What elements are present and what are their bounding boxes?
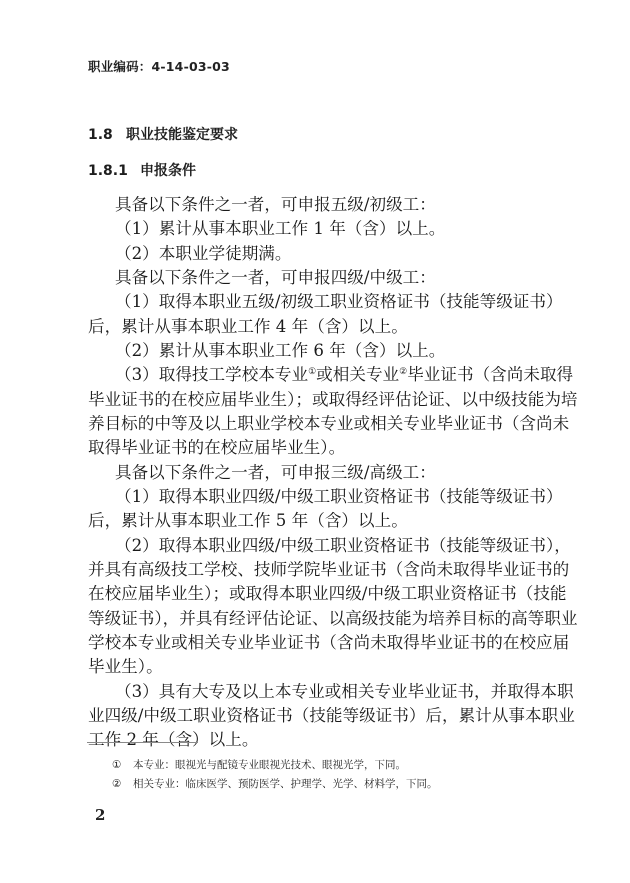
footnote-text: 相关专业：临床医学、预防医学、护理学、光学、材料学，下同。	[133, 778, 438, 790]
paragraph-line: 在校应届毕业生）；或取得本职业四级/中级工职业资格证书（技能	[88, 582, 535, 606]
footnote-divider	[87, 742, 198, 743]
subsection-number: 1.8.1	[88, 163, 140, 179]
footnote-mark: ②	[112, 775, 133, 794]
paragraph-line: （1）取得本职业四级/中级工职业资格证书（技能等级证书）	[88, 485, 535, 509]
section-number: 1.8	[88, 127, 126, 143]
paragraph-line: 学校本专业或相关专业毕业证书（含尚未取得毕业证书的在校应届	[88, 631, 535, 655]
line-segment: （3）取得技工学校本专业	[115, 365, 308, 384]
paragraph-line: （3）具有大专及以上本专业或相关专业毕业证书，并取得本职	[88, 680, 535, 704]
body-text: 具备以下条件之一者，可申报五级/初级工： （1）累计从事本职业工作 1 年（含）…	[88, 193, 535, 753]
footnote-ref-1[interactable]: ①	[308, 367, 316, 377]
paragraph-line: （1）取得本职业五级/初级工职业资格证书（技能等级证书）	[88, 290, 535, 314]
footnote-2: ②相关专业：临床医学、预防医学、护理学、光学、材料学，下同。	[112, 775, 438, 794]
section-title: 职业技能鉴定要求	[126, 127, 238, 143]
paragraph-line: 毕业证书的在校应届毕业生）；或取得经评估论证、以中级技能为培	[88, 388, 535, 412]
occupation-code: 职业编码：4-14-03-03	[88, 57, 230, 75]
paragraph-line: 取得毕业证书的在校应届毕业生）。	[88, 436, 535, 460]
paragraph-line: 毕业生）。	[88, 655, 535, 679]
paragraph-line: （2）取得本职业四级/中级工职业资格证书（技能等级证书），	[88, 534, 535, 558]
section-heading: 1.8职业技能鉴定要求	[88, 124, 238, 144]
document-page: 职业编码：4-14-03-03 1.8职业技能鉴定要求 1.8.1申报条件 具备…	[0, 0, 630, 883]
paragraph-line: 并具有高级技工学校、技师学院毕业证书（含尚未取得毕业证书的	[88, 558, 535, 582]
paragraph-line: （3）取得技工学校本专业①或相关专业②毕业证书（含尚未取得	[88, 363, 535, 387]
footnote-ref-2[interactable]: ②	[399, 367, 407, 377]
line-segment: 毕业证书（含尚未取得	[407, 365, 573, 384]
paragraph-line: 后，累计从事本职业工作 5 年（含）以上。	[88, 509, 535, 533]
paragraph-line: 后，累计从事本职业工作 4 年（含）以上。	[88, 315, 535, 339]
page-number: 2	[95, 806, 105, 824]
paragraph-line: 业四级/中级工职业资格证书（技能等级证书）后，累计从事本职业	[88, 704, 535, 728]
footnote-1: ①本专业：眼视光与配镜专业眼视光技术、眼视光学，下同。	[112, 756, 438, 775]
line-segment: 或相关专业	[316, 365, 399, 384]
paragraph-line: 等级证书），并具有经评估论证、以高级技能为培养目标的高等职业	[88, 607, 535, 631]
paragraph-line: 具备以下条件之一者，可申报三级/高级工：	[88, 461, 535, 485]
footnotes: ①本专业：眼视光与配镜专业眼视光技术、眼视光学，下同。 ②相关专业：临床医学、预…	[112, 756, 438, 794]
paragraph-line: 具备以下条件之一者，可申报五级/初级工：	[88, 193, 535, 217]
footnote-text: 本专业：眼视光与配镜专业眼视光技术、眼视光学，下同。	[133, 759, 406, 771]
paragraph-line: （2）本职业学徒期满。	[88, 242, 535, 266]
subsection-heading: 1.8.1申报条件	[88, 160, 196, 180]
paragraph-line: 养目标的中等及以上职业学校本专业或相关专业毕业证书（含尚未	[88, 412, 535, 436]
paragraph-line: 工作 2 年（含）以上。	[88, 728, 535, 752]
footnote-mark: ①	[112, 756, 133, 775]
paragraph-line: 具备以下条件之一者，可申报四级/中级工：	[88, 266, 535, 290]
paragraph-line: （2）累计从事本职业工作 6 年（含）以上。	[88, 339, 535, 363]
paragraph-line: （1）累计从事本职业工作 1 年（含）以上。	[88, 217, 535, 241]
subsection-title: 申报条件	[140, 163, 196, 179]
